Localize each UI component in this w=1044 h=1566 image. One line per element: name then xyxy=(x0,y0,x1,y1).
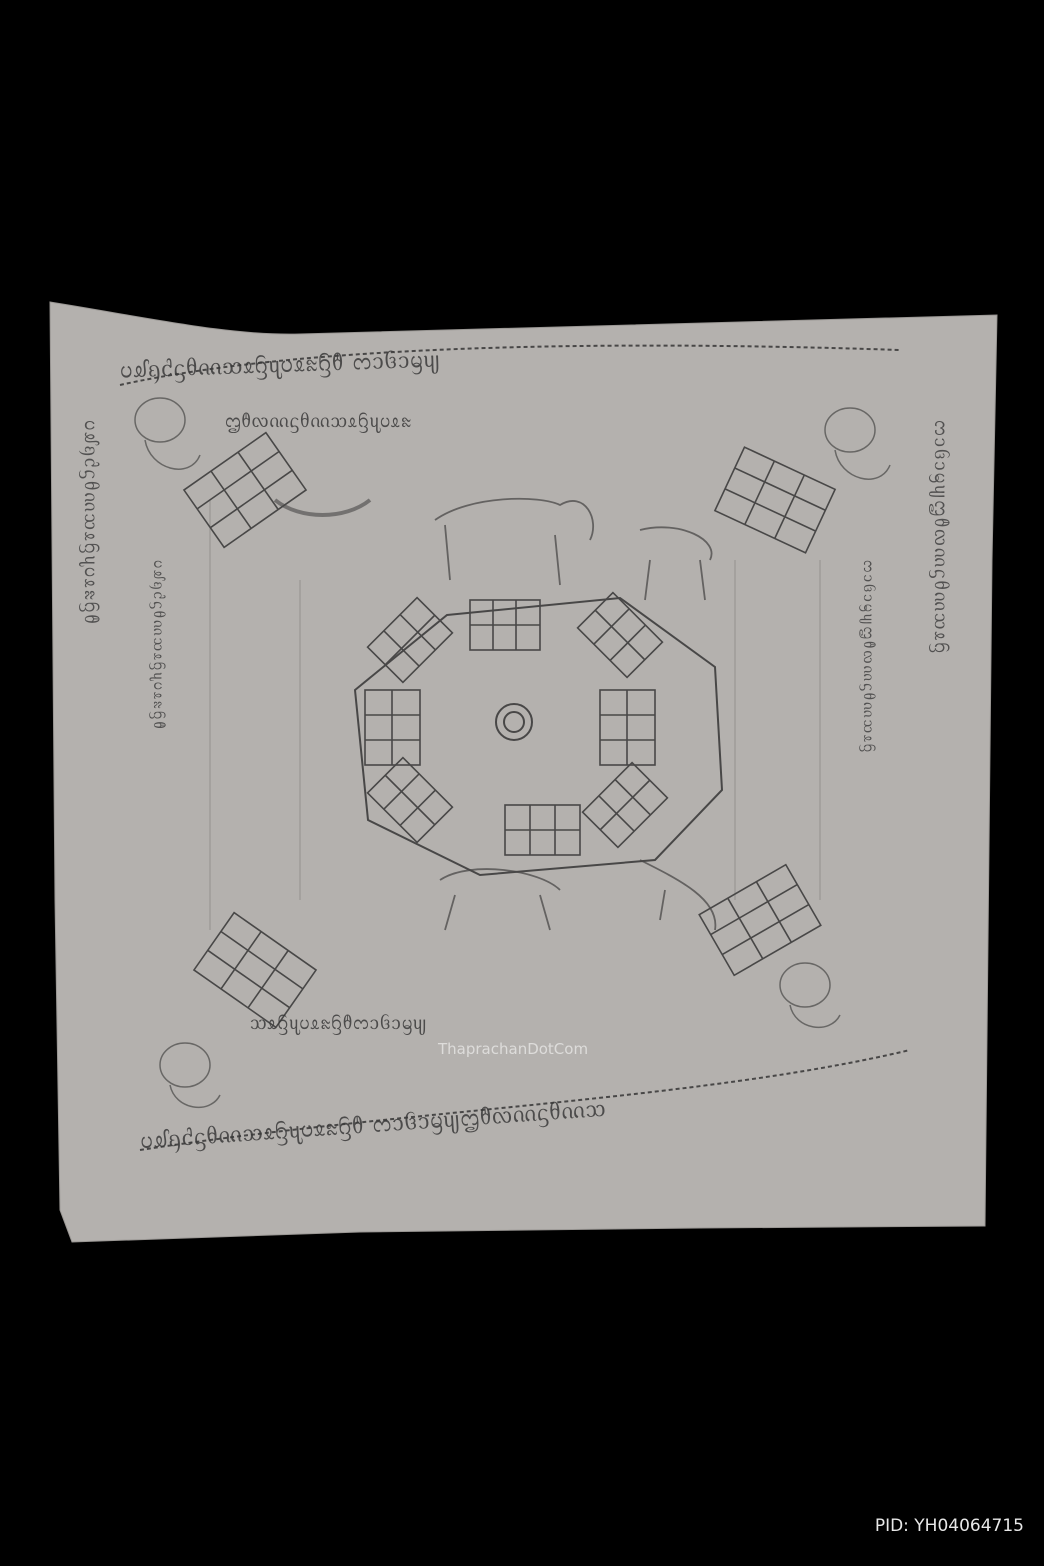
left-border-script: ᦢᦾᦏᦺᦓᦲᦶᦉᦸᦌᦴᦢᦸᦰᦌᦹ xyxy=(80,420,104,625)
inner-bottom-script: ᦉᦸᦌᦴᦢᦸᦰᦌᦹᦂᦱᦑᦱᦙᦼ xyxy=(250,1010,427,1036)
product-id-label: PID: YH04064715 xyxy=(875,1516,1024,1536)
left-inner-script: ᦢᦾᦏᦺᦓᦲᦶᦉᦸᦌᦴᦢᦸᦰᦌᦹ xyxy=(150,560,169,731)
product-photo: ᦢᦾᦏᦺᦓᦲᦶᦉᦸᦌᦴᦢᦸᦰᦌᦹ ᦂᦱᦑᦱᦙᦼ ᦗᦹᦟᦶᦓᦲᦶᦉᦸᦌᦴᦢᦸᦰ ᦉ… xyxy=(0,0,1044,1566)
yantra-cloth xyxy=(0,0,1044,1566)
watermark: ThaprachanDotCom xyxy=(438,1040,588,1058)
inner-top-script: ᦗᦹᦟᦶᦓᦲᦶᦉᦸᦌᦴᦢᦸᦰ xyxy=(225,408,412,434)
right-border-script: ᦂᦱᦑᦱᦙᦼᦗᦹᦟᦶᦓᦲᦶᦉᦸᦌ xyxy=(930,420,954,655)
right-inner-script: ᦂᦱᦑᦱᦙᦼᦗᦹᦟᦶᦓᦲᦶᦉᦸᦌ xyxy=(860,560,879,754)
